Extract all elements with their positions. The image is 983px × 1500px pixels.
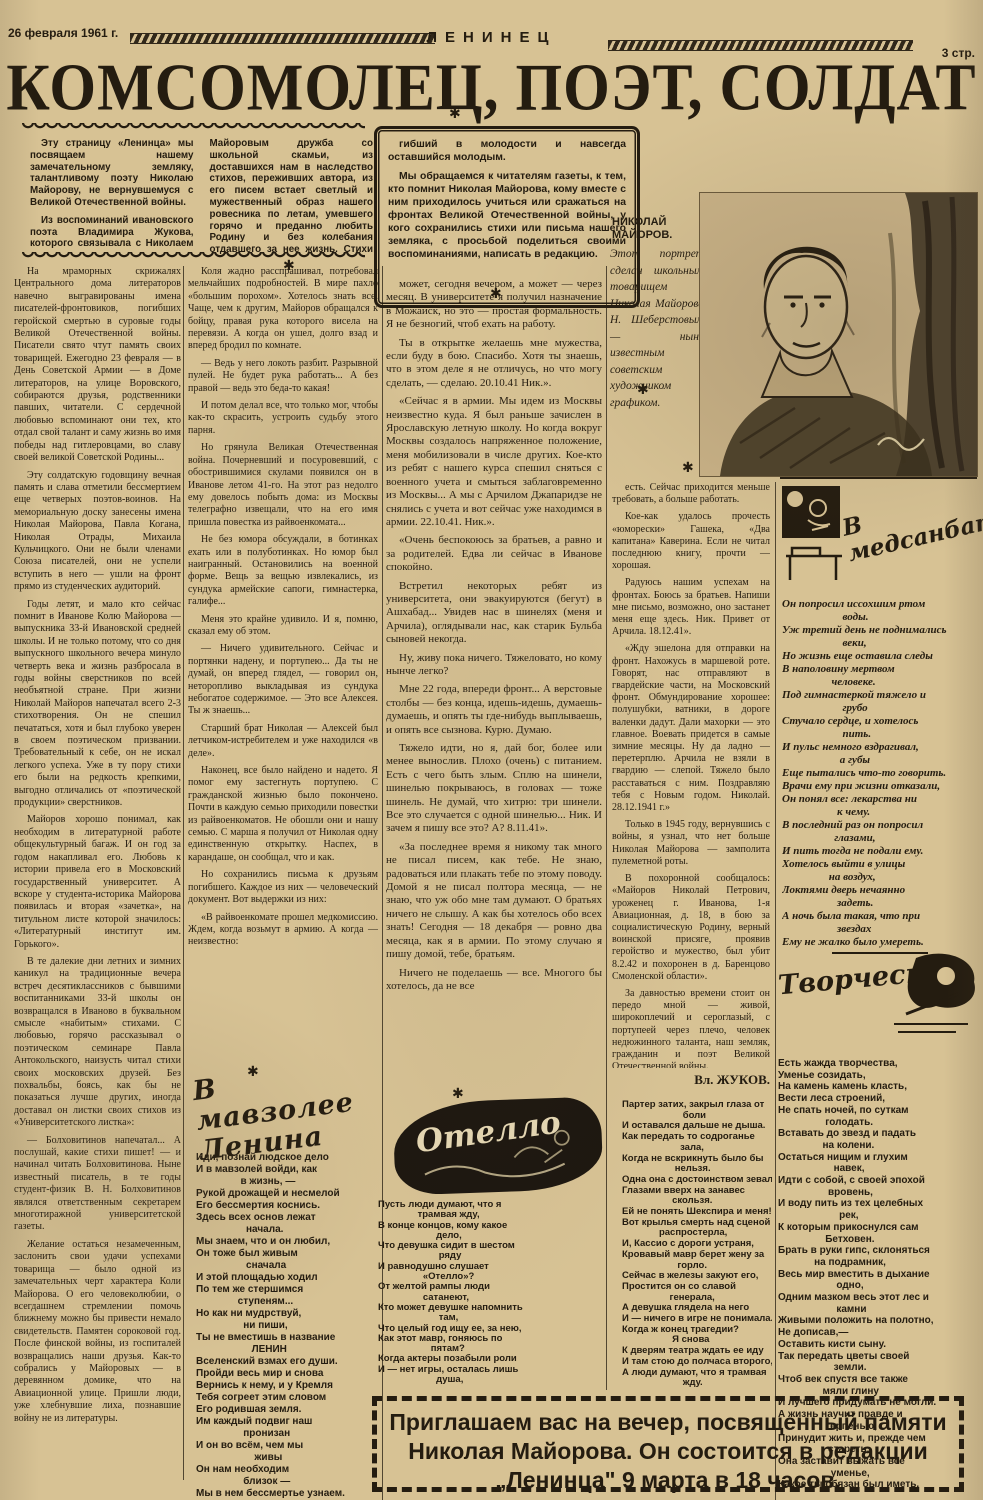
poem-medsanbat-item: И пить тогда не подали ему. (782, 845, 978, 858)
letters-column-4-item: «Жду эшелона для отправки на фронт. Нахо… (612, 643, 770, 814)
poem-tvorchestvo-item: На камень камень класть, (778, 1081, 980, 1093)
article-column-1: На мраморных скрижалях Центрального дома… (14, 266, 181, 1481)
poem-mavzoley-item: ЛЕНИН (196, 1344, 380, 1356)
article-column-2-item: «В райвоенкомате прошел медкомиссию. Жде… (188, 912, 378, 949)
invitation-line: „Ленинца" 9 марта в 18 часов. (377, 1466, 959, 1495)
section-rule (780, 477, 977, 479)
letters-column-3-item: Тяжело идти, но я, дай бог, более или ме… (386, 742, 602, 836)
wavy-rule-bottom (22, 252, 365, 259)
poem-medsanbat-item: Он понял все: лекарства ни (782, 793, 978, 806)
poem-medsanbat: Он попросил иссохшим ртом воды.Уж третий… (782, 598, 978, 950)
letters-column-3-item: Ну, живу пока ничего. Тяжеловато, но ком… (386, 652, 602, 679)
poem-tvorchestvo-item: Бетховен. (778, 1234, 980, 1246)
poem-medsanbat-item: Но жизнь еще оставила следы (782, 650, 978, 663)
tvorchestvo-sketch-icon (888, 952, 980, 1040)
letters-column-3-item: может, сегодня вечером, а может — через … (386, 278, 602, 332)
poem-mavzoley-item: Мы в нем бессмертье узнаем. (196, 1488, 380, 1500)
headline: КОМСОМОЛЕЦ, ПОЭТ, СОЛДАТ (4, 50, 979, 124)
intro-paragraph: Эту страницу «Ленинца» мы посвящаем наше… (30, 138, 194, 209)
poem-mavzoley-item: близок — (196, 1476, 380, 1488)
poem-mavzoley-item: Здесь всех основ лежат (196, 1212, 380, 1224)
poem-mavzoley-item: Он тоже был живым (196, 1248, 380, 1260)
letters-column-3-item: Встретил некоторых ребят из университета… (386, 580, 602, 647)
poem-title-medsanbat: В медсанбате (840, 485, 983, 567)
poem-mavzoley-item: И в мавзолей войди, как (196, 1164, 380, 1176)
poem-mavzoley-item: живы (196, 1452, 380, 1464)
poem-mavzoley-item: Тебя согреет этим словом (196, 1392, 380, 1404)
column-divider (183, 266, 184, 1480)
wavy-rule-top (22, 123, 365, 130)
poem-title-mavzoley: В мавзолее Ленина (191, 1055, 381, 1166)
poem-otello-right-item: И там стою до полчаса второго, (622, 1357, 772, 1368)
poem-tvorchestvo-item: Весь мир вместить в дыхание (778, 1269, 980, 1281)
poem-tvorchestvo-item: Не дописав,— (778, 1327, 980, 1339)
poem-mavzoley-item: Иди, познай людское дело (196, 1152, 380, 1164)
poem-otello-right-item: жду. (622, 1378, 772, 1389)
poem-mavzoley-item: И этой площадью ходил (196, 1272, 380, 1284)
letters-column-4-item: есть. Сейчас приходится меньше требовать… (612, 482, 770, 506)
tvorchestvo-illustration (888, 952, 980, 1045)
poem-tvorchestvo-item: Живыми положить на полотно, (778, 1315, 980, 1327)
poem-medsanbat-item: на воздух, (782, 871, 978, 884)
poem-mavzoley: Иди, познай людское делоИ в мавзолей вой… (196, 1152, 380, 1500)
poem-mavzoley-item: начала. (196, 1224, 380, 1236)
poem-mavzoley-item: Он нам необходим (196, 1464, 380, 1476)
article-column-2-item: Но грянула Великая Отечественная война. … (188, 442, 378, 529)
poem-medsanbat-item: Еще пытались что-то говорить. (782, 767, 978, 780)
poem-medsanbat-item: Стучало сердце, и хотелось (782, 715, 978, 728)
poem-mavzoley-item: Мы знаем, что и он любил, (196, 1236, 380, 1248)
article-column-1-item: — Болховитинов напечатал... А послушай, … (14, 1135, 181, 1234)
newspaper-page: 26 февраля 1961 г. ЛЕНИНЕЦ 3 стр. КОМСОМ… (0, 0, 983, 1500)
article-column-2-item: Наконец, все было найдено и надето. Я по… (188, 765, 378, 864)
poem-medsanbat-item: Под гимнастеркой тяжело и (782, 689, 978, 702)
portrait-photo (700, 193, 977, 476)
asterisk-ornament-icon: ✱ (682, 462, 694, 476)
poem-medsanbat-item: а губы (782, 754, 978, 767)
poem-mavzoley-item: Пройди весь мир и снова (196, 1368, 380, 1380)
portrait-name-label: НИКОЛАЙ МАЙОРОВ. (612, 216, 704, 242)
poem-tvorchestvo-item: Одним мазком весь этот лес и (778, 1292, 980, 1304)
poem-tvorchestvo-item: Идти с собой, с своей эпохой (778, 1175, 980, 1187)
letters-column-3-item: Ты в открытке желаешь мне мужества, если… (386, 337, 602, 391)
otello-sketch-icon (392, 1096, 603, 1195)
poem-tvorchestvo-item: Есть жажда творчества, (778, 1058, 980, 1070)
column-divider (606, 266, 607, 1390)
intro-paragraph: гибший в молодости и навсегда оставшийся… (388, 138, 626, 164)
poem-mavzoley-item: ни пиши, (196, 1320, 380, 1332)
poem-tvorchestvo-item: одно, (778, 1280, 980, 1292)
poem-medsanbat-item: И пульс немного вздрагивал, (782, 741, 978, 754)
article-column-2: Коля жадно расспрашивал, потребовал мель… (188, 266, 378, 1058)
medsanbat-sketch-icon (782, 486, 846, 586)
article-column-1-item: Годы летят, и мало кто сейчас помнит в И… (14, 599, 181, 810)
author-signature: Вл. ЖУКОВ. (612, 1072, 770, 1087)
poem-tvorchestvo-item: Вести леса строений, (778, 1093, 980, 1105)
intro-paragraph: Мы обращаемся к читателям газеты, к тем,… (388, 170, 626, 261)
letters-column-3-item: Ничего не поделаешь — все. Многого бы хо… (386, 967, 602, 994)
article-column-2-item: Но сохранились письма к друзьям погибшег… (188, 869, 378, 906)
poem-tvorchestvo-item: Не спать ночей, по суткам (778, 1105, 980, 1117)
poem-tvorchestvo-item: вровень, (778, 1187, 980, 1199)
invitation-line: Приглашаем вас на вечер, посвященный пам… (377, 1408, 959, 1437)
poem-tvorchestvo-item: голодать. (778, 1117, 980, 1129)
poem-mavzoley-item: Его родившая земля. (196, 1404, 380, 1416)
poem-mavzoley-item: Его бессмертия коснись. (196, 1200, 380, 1212)
poem-tvorchestvo-item: Чтоб век спустя все также (778, 1374, 980, 1386)
article-column-2-item: Меня это крайне удивило. И я, помню, ска… (188, 614, 378, 639)
article-column-2-item: Коля жадно расспрашивал, потребовал мель… (188, 266, 378, 353)
article-column-2-item: Старший брат Николая — Алексей был летчи… (188, 723, 378, 760)
poem-medsanbat-item: В наполовину мертвом (782, 663, 978, 676)
poem-medsanbat-item: Врачи ему при жизни отказали, (782, 780, 978, 793)
poem-otello-right-item: Кровавый мавр берет жену за (622, 1250, 772, 1261)
poem-tvorchestvo-item: И воду пить из тех целебных (778, 1198, 980, 1210)
poem-medsanbat-item: грубо (782, 702, 978, 715)
poem-mavzoley-item: Вселенский взмах его души. (196, 1356, 380, 1368)
poem-tvorchestvo-item: земли. (778, 1362, 980, 1374)
poem-medsanbat-item: звездах (782, 923, 978, 936)
poem-medsanbat-item: веки, (782, 637, 978, 650)
poem-tvorchestvo-item: Уменье созидать, (778, 1070, 980, 1082)
poem-tvorchestvo-item: Остаться нищим и глухим (778, 1152, 980, 1164)
letters-column-3-item: «За последнее время я никому так много н… (386, 841, 602, 962)
letters-column-4-item: В похоронной сообщалось: «Майоров Никола… (612, 873, 770, 983)
poem-otello-left-item: душа, (378, 1375, 604, 1385)
poem-tvorchestvo-item: на подрамник, (778, 1257, 980, 1269)
column-divider (775, 482, 776, 1500)
article-column-2-item: И потом делал все, что только мог, чтобы… (188, 400, 378, 437)
otello-title-banner: Отелло (392, 1096, 603, 1195)
poem-medsanbat-item: А ночь была такая, что при (782, 910, 978, 923)
poem-tvorchestvo-item: камни (778, 1304, 980, 1316)
poem-otello-right-item: зала, (622, 1143, 772, 1154)
letters-column-4-item: Радуюсь нашим успехам на фронтах. Боюсь … (612, 577, 770, 638)
poem-medsanbat-item: человеке. (782, 676, 978, 689)
medsanbat-illustration (782, 486, 846, 591)
article-column-2-item: Не без юмора обсуждали, в ботинках ехать… (188, 534, 378, 608)
poem-mavzoley-item: в жизнь, — (196, 1176, 380, 1188)
poem-medsanbat-item: Он попросил иссохшим ртом (782, 598, 978, 611)
portrait-caption: Этот портрет сделан школьным товарищем Н… (610, 246, 704, 411)
poem-tvorchestvo-item: Так передать цветы своей (778, 1351, 980, 1363)
asterisk-ornament-icon: ✱ (449, 108, 461, 122)
poem-medsanbat-item: В последний раз он попросил (782, 819, 978, 832)
letters-column-3-item: «Сейчас я в армии. Мы идем из Москвы неи… (386, 395, 602, 529)
poem-mavzoley-item: пронизан (196, 1428, 380, 1440)
poem-medsanbat-item: воды. (782, 611, 978, 624)
article-column-1-item: Желание остаться незамеченным, заслонить… (14, 1239, 181, 1425)
article-column-2-item: — Ведь у него локоть разбит. Разрывной п… (188, 358, 378, 395)
letters-column-3-item: Мне 22 года, впереди фронт... А верстовы… (386, 683, 602, 737)
invitation-line: Николая Майорова. Он состоится в редакци… (377, 1437, 959, 1466)
poem-medsanbat-item: к чему. (782, 806, 978, 819)
letters-column-3-item: «Очень беспокоюсь за братьев, а равно и … (386, 534, 602, 574)
poem-mavzoley-item: Вернись к нему, и у Кремля (196, 1380, 380, 1392)
letters-column-4: есть. Сейчас приходится меньше требовать… (612, 482, 770, 1068)
poem-mavzoley-item: Ты не вместишь в название (196, 1332, 380, 1344)
article-column-1-item: Эту солдатскую годовщину вечная память и… (14, 470, 181, 594)
poem-tvorchestvo-item: Оставить кисти сыну. (778, 1339, 980, 1351)
poem-tvorchestvo-item: Брать в руки гипс, склоняться (778, 1245, 980, 1257)
article-column-1-item: Майоров хорошо понимал, как необходим в … (14, 814, 181, 950)
poem-medsanbat-item: пить. (782, 728, 978, 741)
article-column-1-item: На мраморных скрижалях Центрального дома… (14, 266, 181, 465)
poem-medsanbat-item: глазами, (782, 832, 978, 845)
poem-mavzoley-item: Рукой дрожащей и несмелой (196, 1188, 380, 1200)
poem-medsanbat-item: задеть. (782, 897, 978, 910)
poem-tvorchestvo-item: К которым прикоснулся сам (778, 1222, 980, 1234)
intro-box-left: Эту страницу «Ленинца» мы посвящаем наше… (22, 132, 381, 262)
poem-mavzoley-item: И он во всём, чем мы (196, 1440, 380, 1452)
poem-otello-left: Пусть люди думают, что я трамвая жду,В к… (378, 1200, 604, 1394)
poem-mavzoley-item: Но как ни мудрствуй, (196, 1308, 380, 1320)
asterisk-ornament-icon: ✱ (452, 1088, 464, 1102)
poem-tvorchestvo-item: на колени. (778, 1140, 980, 1152)
poem-tvorchestvo-item: Вставать до звезд и падать (778, 1128, 980, 1140)
portrait-sketch-icon (700, 193, 977, 476)
invitation-box: Приглашаем вас на вечер, посвященный пам… (372, 1396, 964, 1492)
article-column-2-item: — Ничего удивительного. Сейчас и портянк… (188, 643, 378, 717)
letters-column-4-item: Только в 1945 году, вернувшись с войны, … (612, 819, 770, 868)
poem-medsanbat-item: Уж третий день не поднимались (782, 624, 978, 637)
article-column-1-item: В те далекие дни летних и зимних каникул… (14, 956, 181, 1130)
poem-mavzoley-item: По тем же стершимся (196, 1284, 380, 1296)
poem-otello-right: Партер затих, закрыл глаза от болиИ оста… (622, 1100, 772, 1392)
poem-medsanbat-item: Хотелось выйти в улицы (782, 858, 978, 871)
letters-column-4-item: Кое-как удалось прочесть «юморески» Гаше… (612, 511, 770, 572)
poem-mavzoley-item: ступеням... (196, 1296, 380, 1308)
poem-tvorchestvo-item: рек, (778, 1210, 980, 1222)
poem-medsanbat-item: Ему не жалко было умереть. (782, 936, 978, 949)
letters-column-3: может, сегодня вечером, а может — через … (386, 278, 602, 1086)
poem-medsanbat-item: Локтями дверь нечаянно (782, 884, 978, 897)
poem-tvorchestvo-item: навек, (778, 1163, 980, 1175)
poem-mavzoley-item: сначала (196, 1260, 380, 1272)
letters-column-4-item: За давностью времени стоит он передо мно… (612, 988, 770, 1068)
poem-mavzoley-item: Им каждый подвиг наш (196, 1416, 380, 1428)
